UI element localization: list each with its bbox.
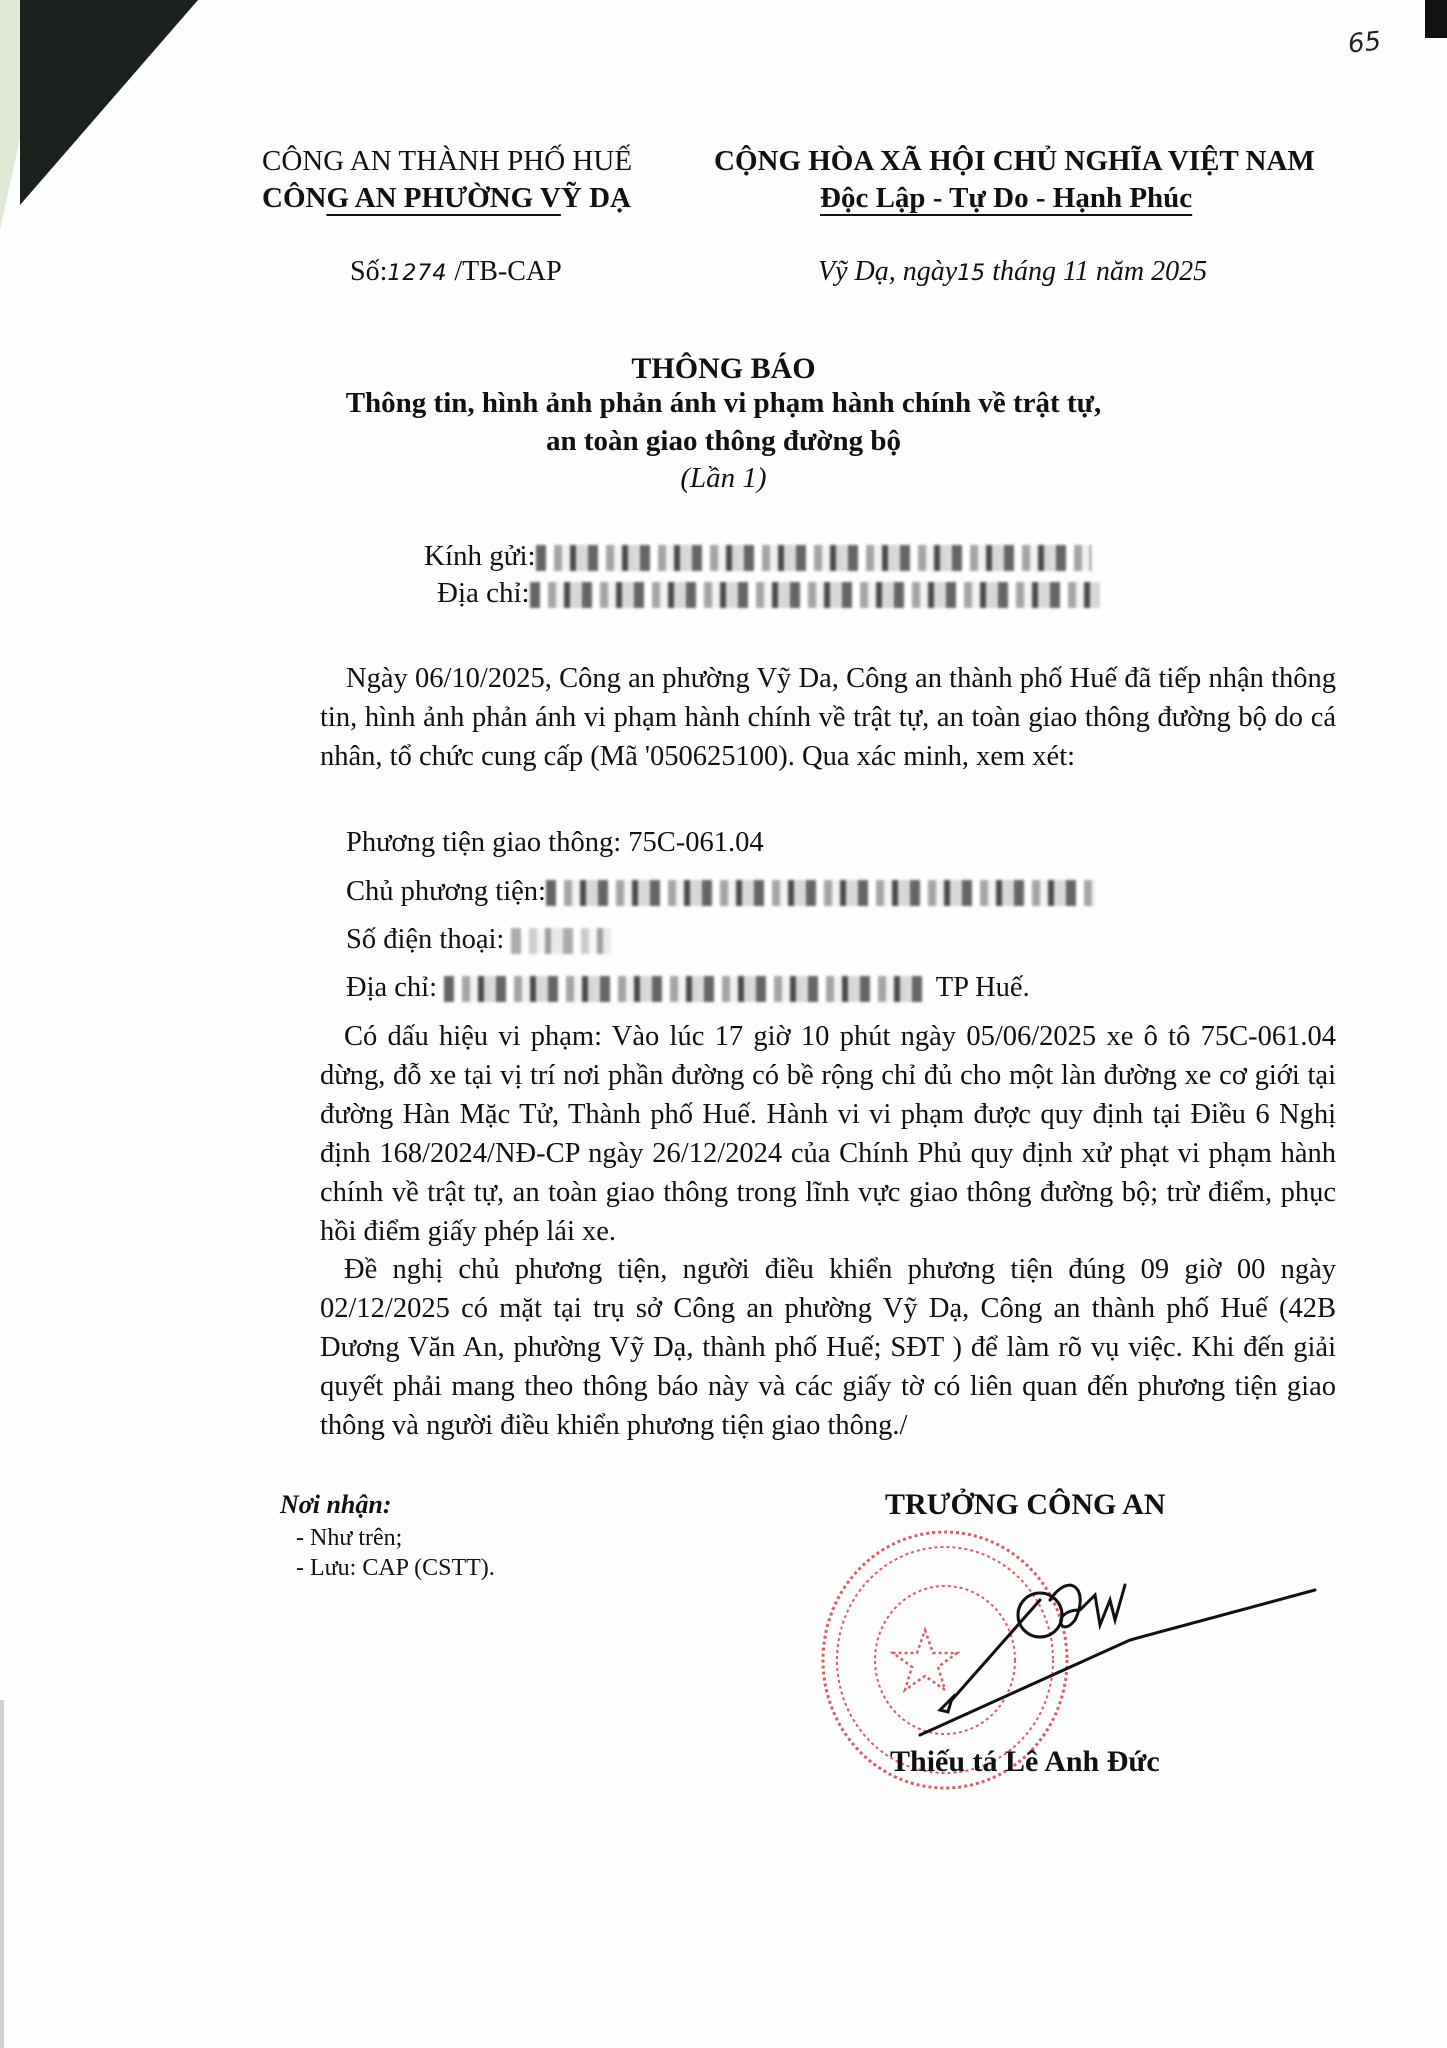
vehicle-label: Phương tiện giao thông:: [346, 827, 621, 858]
folded-page-corner: [20, 0, 198, 205]
recipient-label: Kính gửi:: [424, 540, 536, 572]
signer-title: TRƯỞNG CÔNG AN: [885, 1488, 1166, 1522]
redacted-recipient-name: [536, 545, 1091, 571]
document-subtitle-line2: an toàn giao thông đường bộ: [0, 425, 1447, 458]
page-edge: [0, 1700, 4, 2048]
agency-name-underlined: G AN PHƯỜNG V: [326, 182, 560, 214]
nation-title: CỘNG HÒA XÃ HỘI CHỦ NGHĨA VIỆT NAM: [714, 145, 1315, 178]
signature-icon: [900, 1570, 1330, 1750]
national-motto: Độc Lập - Tự Do - Hạnh Phúc: [820, 182, 1192, 215]
recipient-item: - Như trên;: [296, 1525, 402, 1552]
vehicle-plate: 75C-061.04: [628, 827, 763, 858]
recipient-line: Kính gửi:: [424, 540, 1091, 573]
day-handwritten: 15: [957, 261, 985, 286]
photo-background-corner-right: [1425, 0, 1447, 38]
redacted-owner-address: [444, 976, 929, 1002]
handwritten-page-number: 65: [1347, 26, 1383, 59]
redacted-owner: [546, 880, 1096, 906]
request-paragraph: Đề nghị chủ phương tiện, người điều khiể…: [320, 1250, 1336, 1445]
violation-paragraph: Có dấu hiệu vi phạm: Vào lúc 17 giờ 10 p…: [320, 1017, 1336, 1251]
vehicle-line: Phương tiện giao thông: 75C-061.04: [346, 823, 764, 862]
agency-parent: CÔNG AN THÀNH PHỐ HUẾ: [262, 145, 632, 178]
place-prefix: Vỹ Dạ, ngày: [818, 256, 957, 287]
agency-name-part: CÔN: [262, 182, 326, 214]
owner-address-line: Địa chỉ: TP Huế.: [346, 968, 1030, 1007]
phone-line: Số điện thoại:: [346, 920, 611, 959]
place-and-date: Vỹ Dạ, ngày15 tháng 11 năm 2025: [818, 256, 1207, 288]
intro-text: Ngày 06/10/2025, Công an phường Vỹ Da, C…: [320, 659, 1336, 776]
address-label: Địa chỉ:: [437, 577, 530, 609]
signer-name: Thiếu tá Lê Anh Đức: [890, 1745, 1160, 1779]
agency-name-part: Ỹ DẠ: [561, 182, 631, 214]
recipients-title: Nơi nhận:: [280, 1490, 392, 1520]
intro-paragraph: Ngày 06/10/2025, Công an phường Vỹ Da, C…: [320, 659, 1336, 776]
recipient-item: - Lưu: CAP (CSTT).: [296, 1555, 495, 1582]
recipient-address-line: Địa chỉ:: [437, 577, 1100, 610]
doc-number-handwritten: 1274: [387, 261, 447, 286]
redacted-recipient-address: [530, 582, 1100, 608]
owner-address-tail: TP Huế.: [936, 972, 1030, 1003]
doc-number-label: Số:: [350, 256, 387, 287]
violation-text: Có dấu hiệu vi phạm: Vào lúc 17 giờ 10 p…: [320, 1017, 1336, 1251]
document-subtitle-line1: Thông tin, hình ảnh phản ánh vi phạm hàn…: [0, 387, 1447, 420]
owner-label: Chủ phương tiện:: [346, 876, 546, 907]
attempt-number: (Lần 1): [0, 462, 1447, 495]
place-suffix: tháng 11 năm 2025: [992, 256, 1207, 287]
owner-line: Chủ phương tiện:: [346, 872, 1096, 911]
owner-address-label: Địa chỉ:: [346, 972, 437, 1003]
doc-number-suffix: /TB-CAP: [454, 256, 561, 287]
redacted-phone: [511, 928, 611, 954]
request-text: Đề nghị chủ phương tiện, người điều khiể…: [320, 1250, 1336, 1445]
document-number: Số:1274 /TB-CAP: [350, 256, 562, 288]
agency-name: CÔNG AN PHƯỜNG VỸ DẠ: [262, 182, 631, 215]
document-heading: THÔNG BÁO: [0, 352, 1447, 386]
phone-label: Số điện thoại:: [346, 924, 504, 955]
